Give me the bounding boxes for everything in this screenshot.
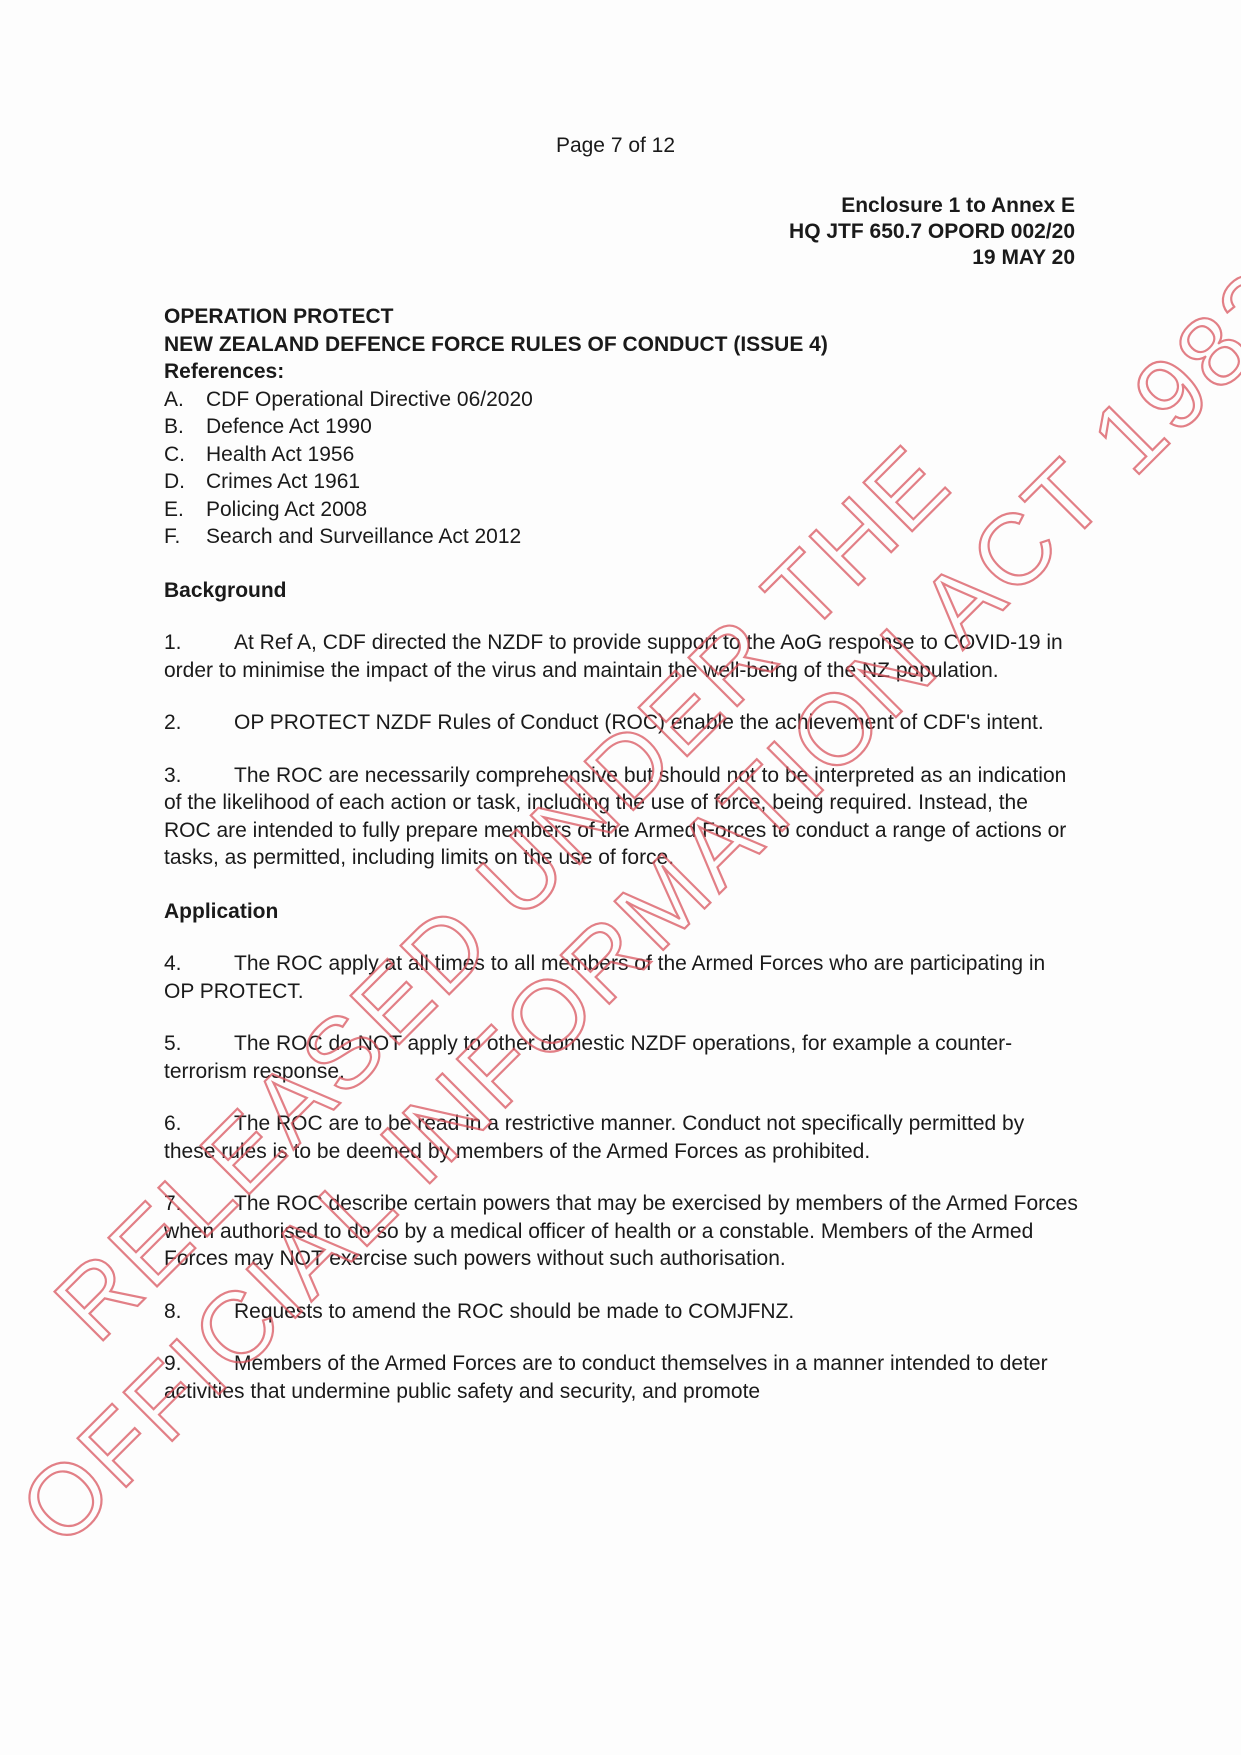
- reference-item: B.Defence Act 1990: [164, 413, 1079, 441]
- document-title: NEW ZEALAND DEFENCE FORCE RULES OF CONDU…: [164, 331, 1079, 359]
- page-number: Page 7 of 12: [0, 134, 1241, 158]
- document-body: OPERATION PROTECT NEW ZEALAND DEFENCE FO…: [164, 303, 1079, 1430]
- paragraph: 4.The ROC apply at all times to all memb…: [164, 950, 1079, 1005]
- paragraph: 9.Members of the Armed Forces are to con…: [164, 1350, 1079, 1405]
- paragraph: 5.The ROC do NOT apply to other domestic…: [164, 1030, 1079, 1085]
- paragraph: 6.The ROC are to be read in a restrictiv…: [164, 1110, 1079, 1165]
- references-list: A.CDF Operational Directive 06/2020 B.De…: [164, 386, 1079, 551]
- reference-item: A.CDF Operational Directive 06/2020: [164, 386, 1079, 414]
- paragraph: 2.OP PROTECT NZDF Rules of Conduct (ROC)…: [164, 709, 1079, 737]
- date-line: 19 MAY 20: [789, 245, 1075, 271]
- operation-title: OPERATION PROTECT: [164, 303, 1079, 331]
- enclosure-line: Enclosure 1 to Annex E: [789, 193, 1075, 219]
- paragraph: 8.Requests to amend the ROC should be ma…: [164, 1298, 1079, 1326]
- document-header: Enclosure 1 to Annex E HQ JTF 650.7 OPOR…: [789, 193, 1075, 271]
- document-page: Page 7 of 12 Enclosure 1 to Annex E HQ J…: [0, 0, 1241, 1755]
- paragraph: 7.The ROC describe certain powers that m…: [164, 1190, 1079, 1273]
- reference-item: E.Policing Act 2008: [164, 496, 1079, 524]
- reference-item: C.Health Act 1956: [164, 441, 1079, 469]
- reference-item: F.Search and Surveillance Act 2012: [164, 523, 1079, 551]
- paragraph: 3.The ROC are necessarily comprehensive …: [164, 762, 1079, 872]
- reference-item: D.Crimes Act 1961: [164, 468, 1079, 496]
- application-heading: Application: [164, 898, 1079, 926]
- background-heading: Background: [164, 577, 1079, 605]
- references-label: References:: [164, 358, 1079, 386]
- paragraph: 1.At Ref A, CDF directed the NZDF to pro…: [164, 629, 1079, 684]
- opord-line: HQ JTF 650.7 OPORD 002/20: [789, 219, 1075, 245]
- page-number-text: Page 7 of 12: [556, 134, 675, 157]
